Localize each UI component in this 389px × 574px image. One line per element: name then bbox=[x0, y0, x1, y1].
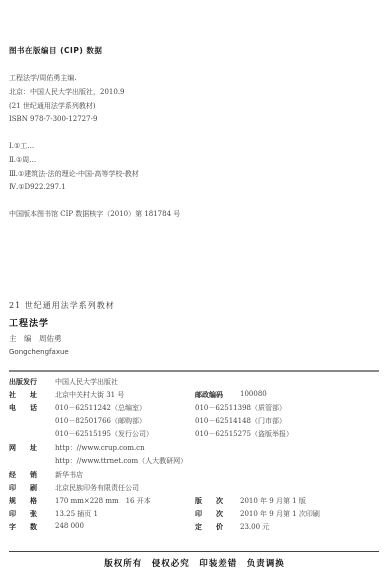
postcode-value: 100080 bbox=[240, 390, 267, 398]
cip-line-series: (21 世纪通用法学系列教材) bbox=[9, 101, 96, 111]
edition-label: 版 次 bbox=[195, 496, 223, 506]
address-label: 社 址 bbox=[9, 390, 37, 400]
printing-label: 印 次 bbox=[195, 509, 223, 519]
cip-class-3: Ⅲ.①建筑法-法的理论-中国-高等学校-教材 bbox=[9, 169, 139, 179]
cip-class-1: Ⅰ.①工… bbox=[9, 141, 34, 151]
cip-record: 中国版本图书馆 CIP 数据核字（2010）第 181784 号 bbox=[9, 209, 180, 219]
format-value: 170 mm×228 mm 16 开本 bbox=[55, 496, 151, 506]
cip-line-title: 工程法学/周佑勇主编. bbox=[9, 73, 77, 83]
series-name: 21 世纪通用法学系列教材 bbox=[9, 300, 115, 311]
book-editor: 主 编 周佑勇 bbox=[9, 333, 62, 344]
book-pinyin: Gongchengfaxue bbox=[9, 348, 69, 356]
words-label: 字 数 bbox=[9, 522, 37, 532]
website-label: 网 址 bbox=[9, 443, 37, 453]
book-title: 工程法学 bbox=[9, 316, 49, 329]
cip-class-4: Ⅳ.①D922.297.1 bbox=[9, 183, 66, 191]
phone-left-1: 010－62511242（总编室） bbox=[55, 403, 146, 413]
phone-label: 电 话 bbox=[9, 403, 37, 413]
cip-class-2: Ⅱ.①周… bbox=[9, 155, 36, 165]
printer-value: 北京民族印务有限责任公司 bbox=[55, 483, 139, 493]
price-label: 定 价 bbox=[195, 522, 223, 532]
distributor-label: 经 销 bbox=[9, 470, 37, 480]
website-link-1[interactable]: http：//www.crup.com.cn bbox=[55, 443, 145, 453]
distributor-value: 新华书店 bbox=[55, 470, 83, 480]
phone-right-3: 010－62515275（盗版举报） bbox=[195, 429, 293, 439]
price-value: 23.00 元 bbox=[240, 522, 269, 532]
sheets-value: 13.25 插页 1 bbox=[55, 509, 98, 519]
phone-left-2: 010－82501766（邮购部） bbox=[55, 416, 146, 426]
cip-line-isbn: ISBN 978-7-300-12727-9 bbox=[9, 115, 97, 123]
copyright-notice: 版权所有 侵权必究 印装差错 负责调换 bbox=[0, 557, 389, 569]
bottom-divider bbox=[9, 551, 379, 552]
publisher-value: 中国人民大学出版社 bbox=[55, 377, 118, 387]
printing-value: 2010 年 9 月第 1 次印刷 bbox=[240, 509, 320, 519]
top-divider bbox=[9, 370, 379, 372]
cip-heading: 图书在版编目 (CIP) 数据 bbox=[9, 45, 102, 56]
sheets-label: 印 张 bbox=[9, 509, 37, 519]
phone-right-2: 010－62514148（门市部） bbox=[195, 416, 286, 426]
edition-value: 2010 年 9 月第 1 版 bbox=[240, 496, 306, 506]
address-value: 北京中关村大街 31 号 bbox=[55, 390, 124, 400]
postcode-label: 邮政编码 bbox=[195, 390, 223, 400]
format-label: 规 格 bbox=[9, 496, 37, 506]
phone-left-3: 010－62515195（发行公司） bbox=[55, 429, 153, 439]
website-link-2[interactable]: http：//www.ttrnet.com（人大教研网） bbox=[55, 456, 187, 466]
cip-line-publisher: 北京：中国人民大学出版社，2010.9 bbox=[9, 87, 125, 97]
publisher-label: 出版发行 bbox=[9, 377, 37, 387]
words-value: 248 000 bbox=[55, 522, 84, 530]
printer-label: 印 刷 bbox=[9, 483, 37, 493]
phone-right-1: 010－62511398（质管部） bbox=[195, 403, 286, 413]
